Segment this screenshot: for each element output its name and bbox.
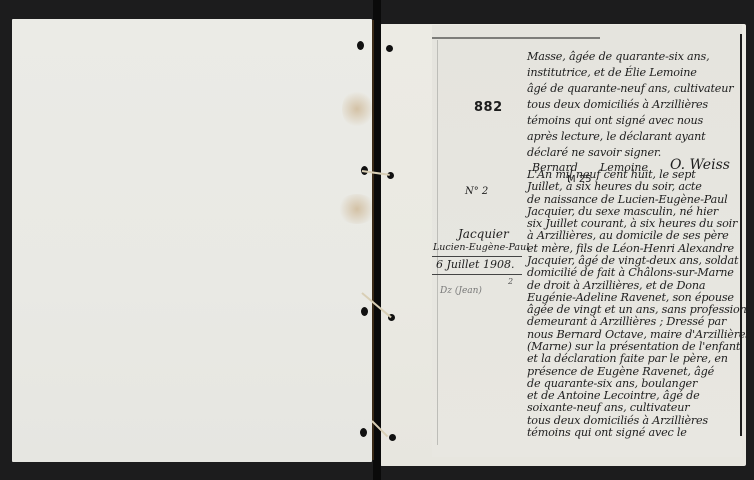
text-line: après lecture, le déclarant ayant (527, 130, 705, 143)
margin-annotation-mark: 2 (508, 277, 513, 286)
text-line: domicilié de fait à Châlons-sur-Marne (527, 266, 734, 279)
text-line: de droit à Arzillières, et de Dona (527, 279, 705, 292)
text-line: et la déclaration faite par le père, en (527, 352, 728, 365)
left-page-blank (12, 19, 372, 462)
binding-hole-icon (389, 434, 396, 441)
text-line: et de Antoine Lecointre, âgé de (527, 389, 700, 402)
margin-divider (432, 274, 522, 275)
stain (337, 194, 377, 224)
text-line: tous deux domiciliés à Arzillières (527, 98, 708, 111)
binding-edge (372, 20, 374, 460)
text-line: demeurant à Arzillières ; Dressé par (527, 315, 726, 328)
record-number: N° 2 (465, 186, 488, 197)
text-line: de naissance de Lucien-Eugène-Paul (527, 193, 727, 206)
text-line: L'An mil neuf cent huit, le sept (527, 168, 696, 181)
text-line: témoins qui ont signé avec nous (527, 114, 703, 127)
binding-hole-icon (386, 45, 393, 52)
margin-surname: Jacquier (458, 227, 509, 241)
text-line: âgée de vingt et un ans, sans profession (527, 303, 747, 316)
text-line: déclaré ne savoir signer. (527, 146, 661, 159)
text-line: âgé de quarante-neuf ans, cultivateur (527, 82, 733, 95)
text-line: six Juillet courant, à six heures du soi… (527, 217, 737, 230)
text-line: (Marne) sur la présentation de l'enfant (527, 340, 740, 353)
text-line: témoins qui ont signé avec le (527, 426, 687, 439)
margin-given-names: Lucien-Eugène-Paul (433, 242, 529, 253)
text-line: et mère, fils de Léon-Henri Alexandre (527, 242, 734, 255)
photocopy-edge (432, 37, 600, 39)
text-line: Jacquier, âgé de vingt-deux ans, soldat (527, 254, 738, 267)
margin-divider (432, 256, 522, 257)
stain (342, 89, 372, 129)
text-line: à Arzillières, au domicile de ses père (527, 229, 729, 242)
text-line: Eugénie-Adeline Ravenet, son épouse (527, 291, 734, 304)
margin-annotation: Dz (Jean) (440, 286, 482, 296)
binding-hole-icon (361, 307, 368, 316)
text-line: de quarante-six ans, boulanger (527, 377, 697, 390)
register-number-stamp: 882 (474, 100, 503, 115)
right-margin-rule (740, 34, 742, 436)
text-line: Juillet, à six heures du soir, acte (527, 180, 702, 193)
margin-date: 6 Juillet 1908. (436, 258, 514, 271)
text-line: tous deux domiciliés à Arzillières (527, 414, 708, 427)
text-line: présence de Eugène Ravenet, âgé (527, 365, 714, 378)
text-line: Masse, âgée de quarante-six ans, (527, 50, 709, 63)
text-line: nous Bernard Octave, maire d'Arzillières (527, 328, 751, 341)
text-line: institutrice, et de Élie Lemoine (527, 66, 697, 79)
book-spine (373, 0, 381, 480)
text-line: soixante-neuf ans, cultivateur (527, 401, 689, 414)
binding-hole-icon (357, 41, 364, 50)
text-line: Jacquier, du sexe masculin, né hier (527, 205, 718, 218)
binding-hole-icon (360, 428, 367, 437)
